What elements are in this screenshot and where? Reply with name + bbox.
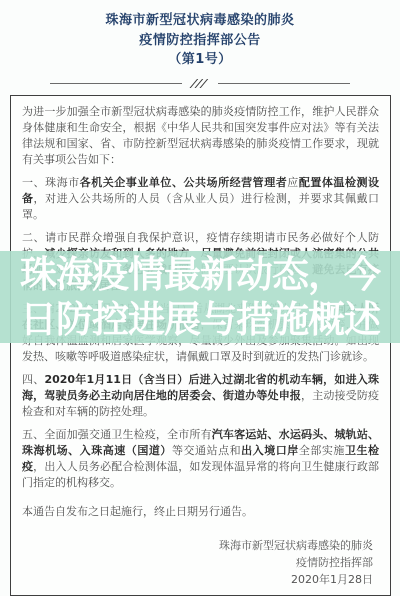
closing-line: 本通告自发布之日起施行，终止日期另行通告。 [22, 504, 379, 520]
title-line-1: 珠海市新型冠状病毒感染的肺炎 [0, 11, 400, 31]
divider-slash-mark: /// [190, 77, 209, 90]
signature-line-1: 珠海市新型冠状病毒感染的肺炎 [22, 537, 373, 554]
title-line-3: （第1号） [0, 50, 400, 70]
signature-date: 2020年1月28日 [22, 571, 373, 588]
notice-paragraph: 四、2020年1月11日（含当日）后进入过湖北省的机动车辆，如进入珠海，驾驶员务… [22, 372, 379, 420]
watermark-overlay: 珠海疫情最新动态，今 日防控进展与措施概述 [0, 251, 400, 343]
divider-line-right [218, 83, 350, 84]
announcement-page: 珠海市新型冠状病毒感染的肺炎 疫情防控指挥部公告 （第1号） /// 为进一步加… [0, 0, 400, 596]
divider-line-left [50, 83, 182, 84]
watermark-text-line-1: 珠海疫情最新动态，今 [20, 252, 380, 297]
notice-document: 为进一步加强全市新型冠状病毒感染的肺炎疫情防控工作，维护人民群众身体健康和生命安… [10, 95, 391, 596]
notice-paragraph: 一、珠海市各机关企事业单位、公共场所经营管理者应配置体温检测设备，对进入公共场所… [22, 175, 379, 223]
signature-line-2: 疫情防控指挥部 [22, 554, 373, 571]
decorative-divider: /// [50, 77, 350, 90]
notice-paragraph: 为进一步加强全市新型冠状病毒感染的肺炎疫情防控工作，维护人民群众身体健康和生命安… [22, 104, 379, 168]
page-title: 珠海市新型冠状病毒感染的肺炎 疫情防控指挥部公告 （第1号） [0, 11, 400, 70]
title-line-2: 疫情防控指挥部公告 [0, 31, 400, 51]
watermark-text-line-2: 日防控进展与措施概述 [20, 297, 380, 342]
notice-paragraph: 五、全面加强交通卫生检疫，全市所有汽车客运站、水运码头、城轨站、珠海机场、入珠高… [22, 427, 379, 491]
signature-block: 珠海市新型冠状病毒感染的肺炎 疫情防控指挥部 2020年1月28日 [22, 537, 379, 588]
